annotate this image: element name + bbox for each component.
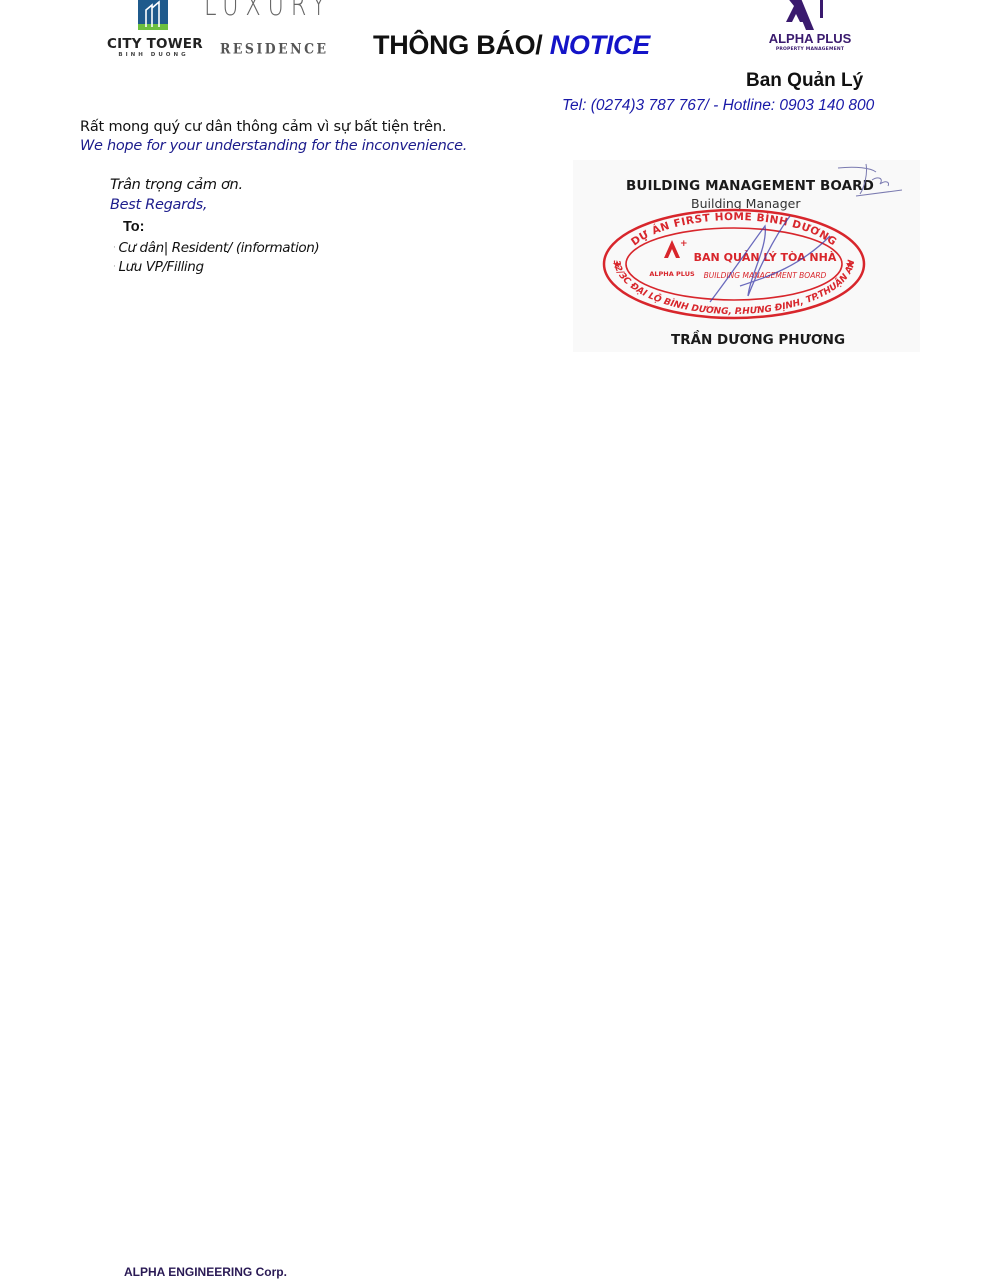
closing-vietnamese: Trân trọng cảm ơn. (110, 177, 243, 193)
city-tower-logo-subtitle: BINH DUONG (110, 52, 197, 58)
apology-text-vietnamese: Rất mong quý cư dân thông cảm vì sự bất … (80, 119, 446, 135)
title-english: NOTICE (550, 30, 650, 60)
alpha-plus-logo-name: ALPHA PLUS (762, 31, 858, 46)
star-icon: ★ (845, 258, 855, 271)
city-tower-logo-icon (138, 0, 168, 30)
svg-text:32/3C ĐẠI LỘ BÌNH DƯƠNG, P.HƯN: 32/3C ĐẠI LỘ BÌNH DƯƠNG, P.HƯNG ĐỊNH, TP… (611, 259, 857, 317)
contact-info: Tel: (0274)3 787 767/ - Hotline: 0903 14… (562, 97, 874, 115)
alpha-plus-logo-icon (782, 0, 828, 30)
svg-text:DỰ ÁN FIRST HOME BÌNH DƯƠNG: DỰ ÁN FIRST HOME BÌNH DƯƠNG (629, 211, 839, 248)
stamp-inner-subtitle: BUILDING MANAGEMENT BOARD (704, 271, 827, 280)
title-vietnamese: THÔNG BÁO/ (373, 30, 550, 60)
initials-scribble (836, 160, 906, 200)
bullet-icon: · (113, 243, 115, 253)
page-title: THÔNG BÁO/ NOTICE (373, 30, 650, 61)
svg-text:+: + (680, 239, 688, 249)
luxury-logo-name: LUXURY (204, 0, 332, 23)
stamp-bottom-text: 32/3C ĐẠI LỘ BÌNH DƯƠNG, P.HƯNG ĐỊNH, TP… (611, 259, 857, 317)
recipient-item: ·Lưu VP/Filling (113, 259, 204, 275)
city-tower-logo-name: CITY TOWER (107, 36, 200, 52)
stamp-top-text: DỰ ÁN FIRST HOME BÌNH DƯƠNG (629, 211, 839, 248)
closing-english: Best Regards, (110, 197, 207, 213)
signer-name: TRẦN DƯƠNG PHƯƠNG (671, 332, 845, 348)
star-icon: ★ (612, 258, 622, 271)
recipients-label: To: (123, 219, 144, 235)
recipient-item: ·Cư dân| Resident/ (information) (113, 240, 319, 256)
department-name: Ban Quản Lý (746, 70, 863, 92)
apology-text-english: We hope for your understanding for the i… (80, 138, 467, 154)
stamp-alpha-logo-icon: + (664, 239, 688, 258)
stamp-inner-logo: ALPHA PLUS (649, 270, 695, 278)
footer-company: ALPHA ENGINEERING Corp. (124, 1265, 287, 1279)
bullet-icon: · (113, 262, 115, 272)
alpha-plus-logo-subtitle: PROPERTY MANAGEMENT (762, 47, 858, 52)
luxury-logo-subtitle: RESIDENCE (220, 40, 329, 57)
official-stamp: DỰ ÁN FIRST HOME BÌNH DƯƠNG 32/3C ĐẠI LỘ… (600, 206, 868, 324)
